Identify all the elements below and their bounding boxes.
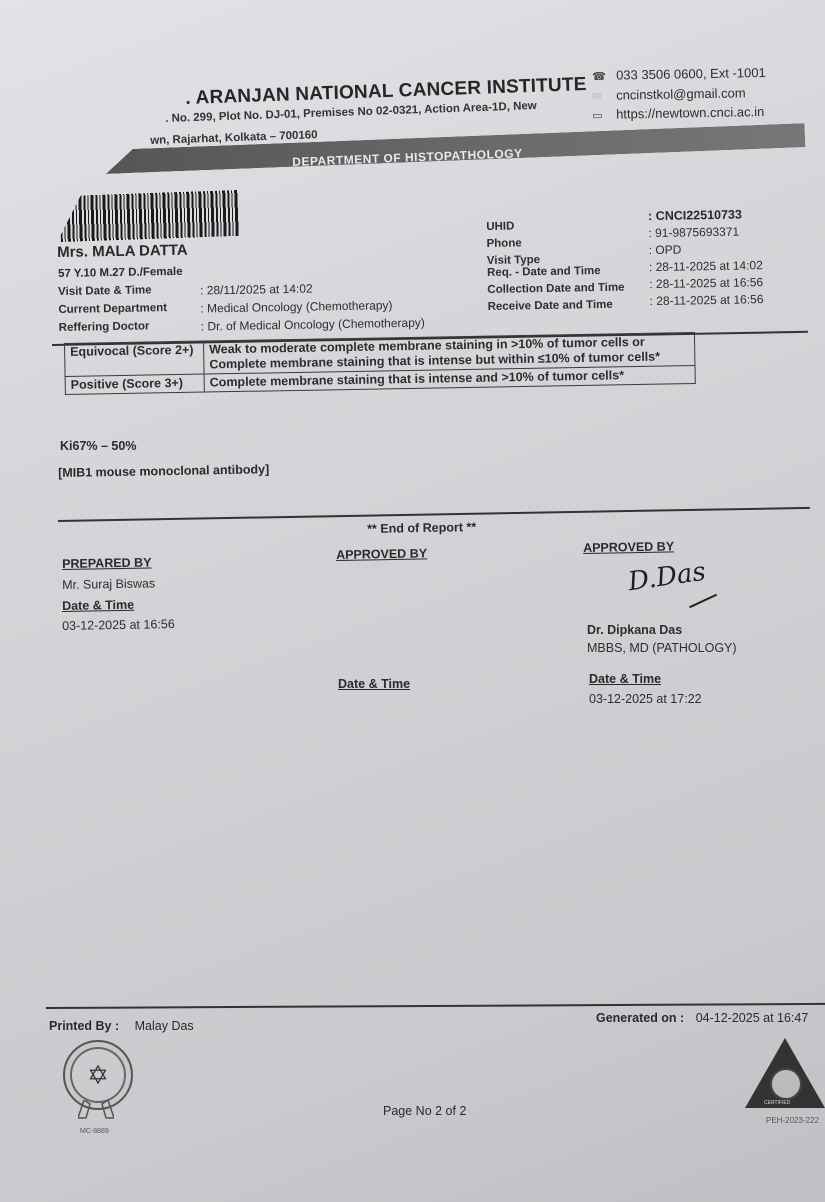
cert-badge: CERTIFIED	[764, 1100, 790, 1106]
patient-name: Mrs. MALA DATTA	[57, 242, 188, 261]
patient-left-fields: Visit Date & Time : 28/11/2025 at 14:02 …	[58, 280, 425, 340]
patient-age-gender: 57 Y.10 M.27 D./Female	[58, 266, 183, 280]
printed-by-value: Malay Das	[135, 1019, 194, 1033]
contact-phone: ☎033 3506 0600, Ext -1001	[592, 65, 766, 83]
approved-by-heading-middle: APPROVED BY	[336, 546, 427, 562]
email-icon: ✉	[592, 90, 606, 103]
approved-right-datetime-label: Date & Time	[589, 672, 661, 686]
field-value: : 28-11-2025 at 16:56	[649, 275, 763, 294]
certification-emblem-icon	[770, 1068, 802, 1100]
approver-name: Dr. Dipkana Das	[587, 623, 682, 637]
approved-middle-datetime-label: Date & Time	[338, 677, 410, 691]
website-text: https://newtown.cnci.ac.in	[616, 104, 764, 122]
field-value: : 91-9875693371	[648, 225, 739, 244]
criteria-table: Equivocal (Score 2+) Weak to moderate co…	[64, 332, 696, 395]
field-value: : 28-11-2025 at 16:56	[649, 292, 763, 311]
ki67-result: Ki67% – 50%	[60, 439, 136, 453]
prepared-by-heading: PREPARED BY	[62, 555, 152, 571]
patient-right-fields: UHID : CNCI22510733 Phone : 91-987569337…	[486, 207, 764, 314]
seal-code: MC-8889	[80, 1128, 109, 1135]
field-label: Receive Date and Time	[487, 294, 649, 314]
barcode	[59, 190, 240, 242]
phone-text: 033 3506 0600, Ext -1001	[616, 65, 766, 83]
generated-on: Generated on : 04-12-2025 at 16:47	[596, 1011, 808, 1025]
field-value: : 28-11-2025 at 14:02	[649, 258, 763, 277]
signature: D.Das	[626, 557, 707, 598]
printed-by-label: Printed By :	[49, 1019, 119, 1033]
field-value: : 28/11/2025 at 14:02	[200, 282, 313, 302]
computer-icon: ▭	[592, 109, 606, 122]
prepared-datetime-label: Date & Time	[62, 598, 134, 613]
email-text: cncinstkol@gmail.com	[616, 85, 746, 102]
approved-right-datetime-value: 03-12-2025 at 17:22	[589, 692, 702, 706]
cert-code: PEH-2023-222	[766, 1116, 819, 1125]
end-divider	[58, 507, 810, 522]
seal-ribbon-icon	[78, 1100, 114, 1120]
field-value: : CNCI22510733	[648, 208, 742, 227]
field-value: : Dr. of Medical Oncology (Chemotherapy)	[201, 316, 425, 338]
approver-qualification: MBBS, MD (PATHOLOGY)	[587, 641, 737, 655]
field-value: : OPD	[649, 243, 682, 261]
end-of-report: ** End of Report **	[367, 520, 476, 536]
signature-underline	[689, 594, 717, 608]
prepared-datetime-value: 03-12-2025 at 16:56	[62, 617, 175, 633]
page-number: Page No 2 of 2	[383, 1104, 466, 1118]
contact-website: ▭https://newtown.cnci.ac.in	[592, 104, 764, 122]
field-receive-datetime: Receive Date and Time : 28-11-2025 at 16…	[487, 292, 763, 314]
prepared-by-name: Mr. Suraj Biswas	[62, 576, 155, 592]
phone-icon: ☎	[592, 70, 606, 83]
contact-email: ✉cncinstkol@gmail.com	[592, 85, 746, 103]
score-cell: Equivocal (Score 2+)	[65, 341, 205, 376]
printed-by: Printed By : Malay Das	[49, 1019, 194, 1033]
footer-divider	[46, 1003, 825, 1009]
field-label: Reffering Doctor	[59, 320, 201, 340]
generated-label: Generated on :	[596, 1011, 684, 1025]
approved-by-heading-right: APPROVED BY	[583, 539, 674, 555]
criteria-table-wrap: Equivocal (Score 2+) Weak to moderate co…	[64, 332, 696, 395]
antibody-note: [MIB1 mouse monoclonal antibody]	[58, 462, 269, 480]
generated-value: 04-12-2025 at 16:47	[696, 1011, 809, 1025]
score-cell: Positive (Score 3+)	[65, 374, 204, 394]
